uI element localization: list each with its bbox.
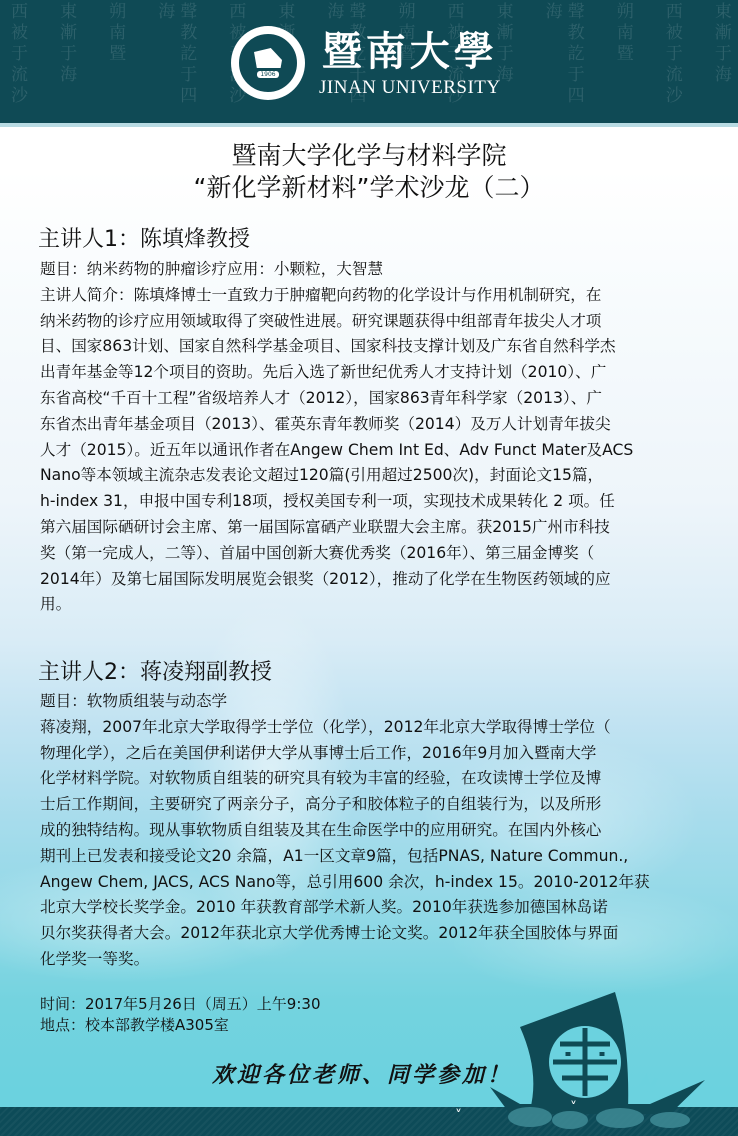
header-banner: 西被于流沙 東漸于海 朔南暨 聲教訖于四海 西被于流沙 東漸于海 聲教訖于四海 …: [0, 0, 738, 127]
speaker-1-topic: 题目：纳米药物的肿瘤诊疗应用：小颗粒，大智慧: [40, 257, 712, 283]
speaker-2-bio-line: 成的独特结构。现从事软物质自组装及其在生命医学中的应用研究。在国内外核心: [40, 818, 712, 844]
title-line-1: 暨南大学化学与材料学院: [0, 140, 738, 172]
bg-char-column: 西被于流沙: [661, 2, 683, 125]
university-logo: 1906 暨南大學 JINAN UNIVERSITY: [231, 26, 501, 100]
bg-char-column: 聲教訖于四海: [153, 2, 197, 125]
welcome-message: 欢迎各位老师、同学参加！: [212, 1058, 512, 1089]
speaker-1-bio-line: 人才（2015）。近五年以通讯作者在Angew Chem Int Ed、Adv …: [40, 438, 712, 464]
university-name-en: JINAN UNIVERSITY: [319, 78, 501, 98]
speaker-1-section: 题目：纳米药物的肿瘤诊疗应用：小颗粒，大智慧 主讲人简介：陈填烽博士一直致力于肿…: [40, 257, 712, 618]
speaker-2-bio-line: 化学材料学院。对软物质自组装的研究具有较为丰富的经验，在攻读博士学位及博: [40, 766, 712, 792]
speaker-2-heading: 主讲人2：蒋凌翔副教授: [38, 655, 272, 686]
speaker-1-bio-line: Nano等本领域主流杂志发表论文超过120篇(引用超过2500次)，封面论文15…: [40, 463, 712, 489]
bg-char-column: 朔南暨: [104, 2, 126, 125]
event-details: 时间：2017年5月26日（周五）上午9:30 地点：校本部教学楼A305室: [40, 994, 321, 1036]
speaker-1-bio-line: 用。: [40, 592, 712, 618]
bg-char-column: 朔南暨: [612, 2, 634, 125]
speaker-2-bio-line: 士后工作期间，主要研究了两亲分子，高分子和胶体粒子的自组装行为，以及所形: [40, 792, 712, 818]
header-divider: [0, 123, 738, 127]
seal-year: 1906: [257, 71, 278, 78]
speaker-2-bio-line: 贝尔奖获得者大会。2012年获北京大学优秀博士论文奖。2012年获全国胶体与界面: [40, 921, 712, 947]
seagull-icon: ˅: [570, 1100, 577, 1116]
speaker-1-bio-line: 东省高校“千百十工程”省级培养人才（2012），国家863青年科学家（2013）…: [40, 386, 712, 412]
university-wordmark: 暨南大學 JINAN UNIVERSITY: [319, 28, 501, 98]
jinan-university-seal-icon: 1906: [231, 26, 305, 100]
jinan-ship-emblem-icon: [490, 992, 720, 1136]
poster-title: 暨南大学化学与材料学院 “新化学新材料”学术沙龙（二）: [0, 140, 738, 204]
event-time: 时间：2017年5月26日（周五）上午9:30: [40, 994, 321, 1015]
speaker-2-bio-line: Angew Chem, JACS, ACS Nano等，总引用600 余次，h-…: [40, 870, 712, 896]
bg-char-column: 東漸于海: [710, 2, 732, 125]
speaker-2-bio-line: 北京大学校长奖学金。2010 年获教育部学术新人奖。2010年获选参加德国林岛诺: [40, 895, 712, 921]
speaker-1-heading: 主讲人1：陈填烽教授: [38, 222, 250, 253]
speaker-2-topic: 题目：软物质组装与动态学: [40, 689, 712, 715]
seagull-icon: ˅: [455, 1108, 462, 1124]
speaker-1-bio-line: 2014年）及第七届国际发明展览会银奖（2012），推动了化学在生物医药领域的应: [40, 567, 712, 593]
speaker-1-bio-line: 纳米药物的诊疗应用领域取得了突破性进展。研究课题获得中组部青年拔尖人才项: [40, 309, 712, 335]
speaker-1-bio-line: 出青年基金等12个项目的资助。先后入选了新世纪优秀人才支持计划（2010）、广: [40, 360, 712, 386]
speaker-1-bio-line: h-index 31，申报中国专利18项，授权美国专利一项，实现技术成果转化 2…: [40, 489, 712, 515]
speaker-2-bio-line: 化学奖一等奖。: [40, 947, 712, 973]
speaker-1-bio-line: 第六届国际硒研讨会主席、第一届国际富硒产业联盟大会主席。获2015广州市科技: [40, 515, 712, 541]
event-place: 地点：校本部教学楼A305室: [40, 1015, 321, 1036]
seal-ship-icon: [254, 48, 282, 68]
bg-char-column: 東漸于海: [55, 2, 77, 125]
university-name-cn: 暨南大學: [322, 28, 498, 76]
bg-char-column: 聲教訖于四海: [541, 2, 585, 125]
bg-char-column: 西被于流沙: [6, 2, 28, 125]
title-line-2: “新化学新材料”学术沙龙（二）: [0, 172, 738, 204]
speaker-1-bio-line: 目、国家863计划、国家自然科学基金项目、国家科技支撑计划及广东省自然科学杰: [40, 334, 712, 360]
speaker-1-bio-line: 主讲人简介：陈填烽博士一直致力于肿瘤靶向药物的化学设计与作用机制研究，在: [40, 283, 712, 309]
speaker-2-bio-line: 蒋凌翔，2007年北京大学取得学士学位（化学），2012年北京大学取得博士学位（: [40, 715, 712, 741]
speaker-2-bio-line: 物理化学），之后在美国伊利诺伊大学从事博士后工作，2016年9月加入暨南大学: [40, 741, 712, 767]
speaker-1-bio-line: 东省杰出青年基金项目（2013）、霍英东青年教师奖（2014）及万人计划青年拔尖: [40, 412, 712, 438]
speaker-2-section: 题目：软物质组装与动态学 蒋凌翔，2007年北京大学取得学士学位（化学），201…: [40, 689, 712, 973]
speaker-1-bio-line: 奖（第一完成人，二等）、首届中国创新大赛优秀奖（2016年）、第三届金博奖（: [40, 541, 712, 567]
speaker-2-bio-line: 期刊上已发表和接受论文20 余篇，A1一区文章9篇，包括PNAS, Nature…: [40, 844, 712, 870]
